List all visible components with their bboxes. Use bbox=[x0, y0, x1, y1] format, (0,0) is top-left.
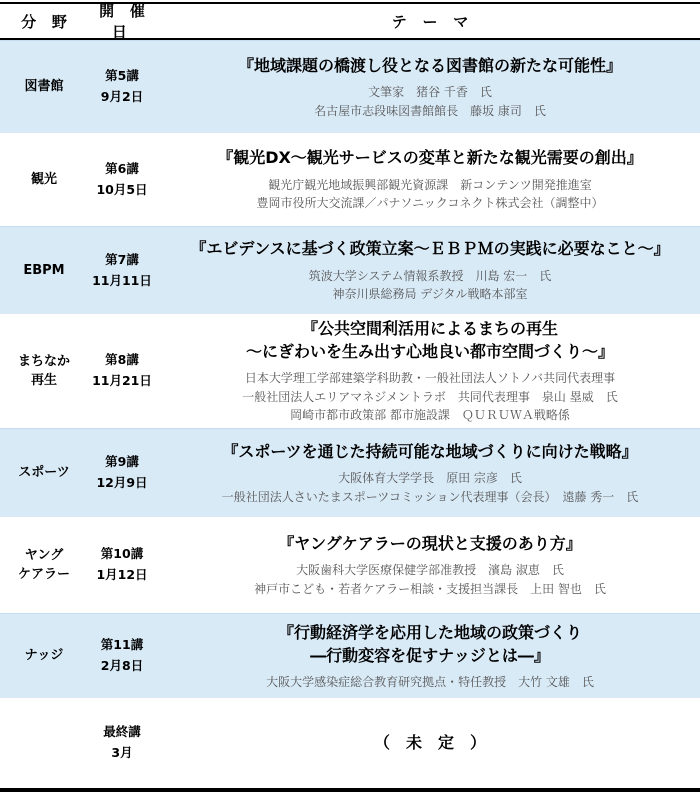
theme-cell: 『スポーツを通じた持続可能な地域づくりに向けた戦略』 大阪体育大学学長 原田 宗… bbox=[156, 440, 700, 506]
table-header: 分 野 開 催 日 テ ー マ bbox=[0, 4, 700, 40]
table-row: まちなか再生 第8講11月21日 『公共空間利活用によるまちの再生～にぎわいを生… bbox=[0, 314, 700, 428]
theme-title-line: 『公共空間利活用によるまちの再生 bbox=[166, 317, 694, 340]
speaker-line: 神奈川県総務局 デジタル戦略本部室 bbox=[166, 285, 694, 304]
speaker-line: 観光庁観光地域振興部観光資源課 新コンテンツ開発推進室 bbox=[166, 176, 694, 195]
field-label: まちなか bbox=[0, 352, 88, 372]
date-cell: 第7講11月11日 bbox=[88, 250, 156, 291]
date-cell: 第6講10月5日 bbox=[88, 159, 156, 200]
theme-cell: 『エビデンスに基づく政策立案～ＥＢＰＭの実践に必要なこと～』 筑波大学システム情… bbox=[156, 237, 700, 303]
speakers-wrap: 大阪大学感染症総合教育研究拠点・特任教授 大竹 文雄 氏 bbox=[166, 673, 694, 692]
title-wrap: 『公共空間利活用によるまちの再生～にぎわいを生み出す心地良い都市空間づくり～』 bbox=[166, 317, 694, 363]
field-label: スポーツ bbox=[0, 463, 88, 483]
date-label: 第10講 bbox=[88, 544, 156, 565]
field-label: 観光 bbox=[0, 170, 88, 190]
speakers-wrap: 筑波大学システム情報系教授 川島 宏一 氏神奈川県総務局 デジタル戦略本部室 bbox=[166, 267, 694, 304]
field-cell: EBPM bbox=[0, 261, 88, 281]
speaker-line: 豊岡市役所大交流課／パナソニックコネクト株式会社（調整中） bbox=[166, 194, 694, 213]
date-label: 11月11日 bbox=[88, 271, 156, 292]
header-field-label: 分 野 bbox=[0, 11, 88, 32]
theme-cell: 『行動経済学を応用した地域の政策づくり―行動変容を促すナッジとは―』 大阪大学感… bbox=[156, 621, 700, 692]
title-wrap: （ 未 定 ） bbox=[166, 731, 694, 754]
speaker-line: 大阪体育大学学長 原田 宗彦 氏 bbox=[166, 469, 694, 488]
date-label: 10月5日 bbox=[88, 180, 156, 201]
header-theme-label: テ ー マ bbox=[156, 11, 700, 32]
header-date-label: 開 催 日 bbox=[88, 0, 156, 42]
date-cell: 最終講3月 bbox=[88, 722, 156, 763]
date-cell: 第5講9月2日 bbox=[88, 66, 156, 107]
theme-title-line: ―行動変容を促すナッジとは―』 bbox=[166, 644, 694, 667]
field-cell: ナッジ bbox=[0, 646, 88, 666]
theme-title-line: 『行動経済学を応用した地域の政策づくり bbox=[166, 621, 694, 644]
date-label: 1月12日 bbox=[88, 565, 156, 586]
speakers-wrap: 大阪体育大学学長 原田 宗彦 氏一般社団法人さいたまスポーツコミッション代表理事… bbox=[166, 469, 694, 506]
title-wrap: 『エビデンスに基づく政策立案～ＥＢＰＭの実践に必要なこと～』 bbox=[166, 237, 694, 260]
title-wrap: 『スポーツを通じた持続可能な地域づくりに向けた戦略』 bbox=[166, 440, 694, 463]
theme-cell: 『地域課題の橋渡し役となる図書館の新たな可能性』 文筆家 猪谷 千香 氏名古屋市… bbox=[156, 54, 700, 120]
field-label: ヤング bbox=[0, 546, 88, 566]
theme-cell: 『ヤングケアラーの現状と支援のあり方』 大阪歯科大学医療保健学部准教授 濱島 淑… bbox=[156, 532, 700, 598]
field-label: 再生 bbox=[0, 371, 88, 391]
speaker-line: 名古屋市志段味図書館館長 藤坂 康司 氏 bbox=[166, 102, 694, 121]
field-cell: まちなか再生 bbox=[0, 352, 88, 391]
date-label: 最終講 bbox=[88, 722, 156, 743]
table-row: スポーツ 第9講12月9日 『スポーツを通じた持続可能な地域づくりに向けた戦略』… bbox=[0, 428, 700, 517]
speaker-line: 大阪大学感染症総合教育研究拠点・特任教授 大竹 文雄 氏 bbox=[166, 673, 694, 692]
field-label: EBPM bbox=[0, 261, 88, 281]
theme-cell: 『公共空間利活用によるまちの再生～にぎわいを生み出す心地良い都市空間づくり～』 … bbox=[156, 317, 700, 425]
table-row: 図書館 第5講9月2日 『地域課題の橋渡し役となる図書館の新たな可能性』 文筆家… bbox=[0, 40, 700, 133]
table-body: 図書館 第5講9月2日 『地域課題の橋渡し役となる図書館の新たな可能性』 文筆家… bbox=[0, 40, 700, 788]
date-label: 第6講 bbox=[88, 159, 156, 180]
title-wrap: 『観光DX～観光サービスの変革と新たな観光需要の創出』 bbox=[166, 146, 694, 169]
speakers-wrap: 観光庁観光地域振興部観光資源課 新コンテンツ開発推進室豊岡市役所大交流課／パナソ… bbox=[166, 176, 694, 213]
date-label: 第9講 bbox=[88, 452, 156, 473]
date-cell: 第9講12月9日 bbox=[88, 452, 156, 493]
field-cell: ヤングケアラー bbox=[0, 546, 88, 585]
date-label: 2月8日 bbox=[88, 656, 156, 677]
theme-title-line: ～にぎわいを生み出す心地良い都市空間づくり～』 bbox=[166, 340, 694, 363]
table-row: 観光 第6講10月5日 『観光DX～観光サービスの変革と新たな観光需要の創出』 … bbox=[0, 133, 700, 226]
page: 分 野 開 催 日 テ ー マ 図書館 第5講9月2日 『地域課題の橋渡し役とな… bbox=[0, 0, 700, 800]
date-label: 11月21日 bbox=[88, 371, 156, 392]
field-label: 図書館 bbox=[0, 77, 88, 97]
title-wrap: 『行動経済学を応用した地域の政策づくり―行動変容を促すナッジとは―』 bbox=[166, 621, 694, 667]
speakers-wrap: 日本大学理工学部建築学科助教・一般社団法人ソトノバ共同代表理事一般社団法人エリア… bbox=[166, 369, 694, 425]
speaker-line: 大阪歯科大学医療保健学部准教授 濱島 淑恵 氏 bbox=[166, 561, 694, 580]
field-cell: 図書館 bbox=[0, 77, 88, 97]
date-label: 9月2日 bbox=[88, 87, 156, 108]
title-wrap: 『ヤングケアラーの現状と支援のあり方』 bbox=[166, 532, 694, 555]
theme-title-line: 『地域課題の橋渡し役となる図書館の新たな可能性』 bbox=[166, 54, 694, 77]
speaker-line: 一般社団法人エリアマネジメントラボ 共同代表理事 泉山 塁威 氏 bbox=[166, 388, 694, 407]
speakers-wrap: 大阪歯科大学医療保健学部准教授 濱島 淑恵 氏神戸市こども・若者ケアラー相談・支… bbox=[166, 561, 694, 598]
field-cell: スポーツ bbox=[0, 463, 88, 483]
date-label: 第8講 bbox=[88, 350, 156, 371]
speakers-wrap: 文筆家 猪谷 千香 氏名古屋市志段味図書館館長 藤坂 康司 氏 bbox=[166, 83, 694, 120]
date-label: 12月9日 bbox=[88, 473, 156, 494]
speaker-line: 文筆家 猪谷 千香 氏 bbox=[166, 83, 694, 102]
speaker-line: 日本大学理工学部建築学科助教・一般社団法人ソトノバ共同代表理事 bbox=[166, 369, 694, 388]
date-label: 第11講 bbox=[88, 635, 156, 656]
field-cell: 観光 bbox=[0, 170, 88, 190]
date-cell: 第8講11月21日 bbox=[88, 350, 156, 391]
theme-title-line: 『エビデンスに基づく政策立案～ＥＢＰＭの実践に必要なこと～』 bbox=[166, 237, 694, 260]
table-row: ヤングケアラー 第10講1月12日 『ヤングケアラーの現状と支援のあり方』 大阪… bbox=[0, 517, 700, 613]
table-row: EBPM 第7講11月11日 『エビデンスに基づく政策立案～ＥＢＰＭの実践に必要… bbox=[0, 226, 700, 314]
speaker-line: 筑波大学システム情報系教授 川島 宏一 氏 bbox=[166, 267, 694, 286]
schedule-table: 分 野 開 催 日 テ ー マ 図書館 第5講9月2日 『地域課題の橋渡し役とな… bbox=[0, 2, 700, 792]
title-wrap: 『地域課題の橋渡し役となる図書館の新たな可能性』 bbox=[166, 54, 694, 77]
date-label: 第7講 bbox=[88, 250, 156, 271]
date-label: 第5講 bbox=[88, 66, 156, 87]
speaker-line: 神戸市こども・若者ケアラー相談・支援担当課長 上田 智也 氏 bbox=[166, 580, 694, 599]
theme-title-line: 『観光DX～観光サービスの変革と新たな観光需要の創出』 bbox=[166, 146, 694, 169]
theme-cell: （ 未 定 ） bbox=[156, 731, 700, 754]
date-label: 3月 bbox=[88, 743, 156, 764]
speaker-line: 一般社団法人さいたまスポーツコミッション代表理事（会長） 遠藤 秀一 氏 bbox=[166, 488, 694, 507]
theme-title-line: 『ヤングケアラーの現状と支援のあり方』 bbox=[166, 532, 694, 555]
date-cell: 第11講2月8日 bbox=[88, 635, 156, 676]
date-cell: 第10講1月12日 bbox=[88, 544, 156, 585]
theme-title-line: 『スポーツを通じた持続可能な地域づくりに向けた戦略』 bbox=[166, 440, 694, 463]
theme-title-line: （ 未 定 ） bbox=[166, 731, 694, 754]
speaker-line: 岡崎市都市政策部 都市施設課 ＱＵＲＵＷＡ戦略係 bbox=[166, 406, 694, 425]
theme-cell: 『観光DX～観光サービスの変革と新たな観光需要の創出』 観光庁観光地域振興部観光… bbox=[156, 146, 700, 212]
field-label: ナッジ bbox=[0, 646, 88, 666]
table-row: ナッジ 第11講2月8日 『行動経済学を応用した地域の政策づくり―行動変容を促す… bbox=[0, 613, 700, 698]
table-row: 最終講3月 （ 未 定 ） bbox=[0, 698, 700, 788]
field-label: ケアラー bbox=[0, 565, 88, 585]
